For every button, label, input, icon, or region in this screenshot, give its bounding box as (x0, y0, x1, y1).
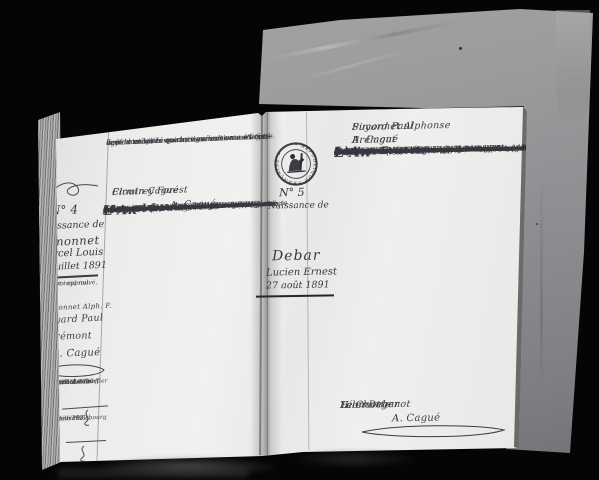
act-type-label: Naissance de (268, 200, 329, 211)
margin-given-names: Lucien Ernest (266, 266, 337, 278)
pen-squiggle (76, 445, 90, 463)
mention-pointer-line (66, 440, 106, 443)
margin-surname: Debar (272, 248, 321, 265)
bottom-shadow-blob (292, 450, 417, 468)
signature: Puyard Paul (352, 121, 414, 133)
stamp-figure (286, 153, 305, 172)
bottom-shadow-blob (58, 468, 248, 478)
margin-underline (256, 294, 334, 297)
paper-crease (540, 170, 543, 390)
margin-date: 27 août 1891 (266, 279, 330, 291)
dust-speck (459, 47, 462, 50)
official-stamp: • RÉPUBLIQUE FRANÇAISE • (271, 139, 320, 188)
signature-mayor: A. Cagué (52, 347, 101, 360)
dust-speck (536, 223, 538, 225)
register-scan-photo: âgé de soixante-quatre ans, cultivateurs… (0, 0, 599, 480)
signature-flourish (358, 424, 508, 440)
act-number: N° 5 (279, 186, 305, 199)
signature-mayor: A. Cagué (392, 413, 441, 425)
signature: Cloutrey Forest (112, 185, 188, 198)
signature: H. Changenot (340, 399, 411, 411)
paper-tear (556, 10, 590, 130)
